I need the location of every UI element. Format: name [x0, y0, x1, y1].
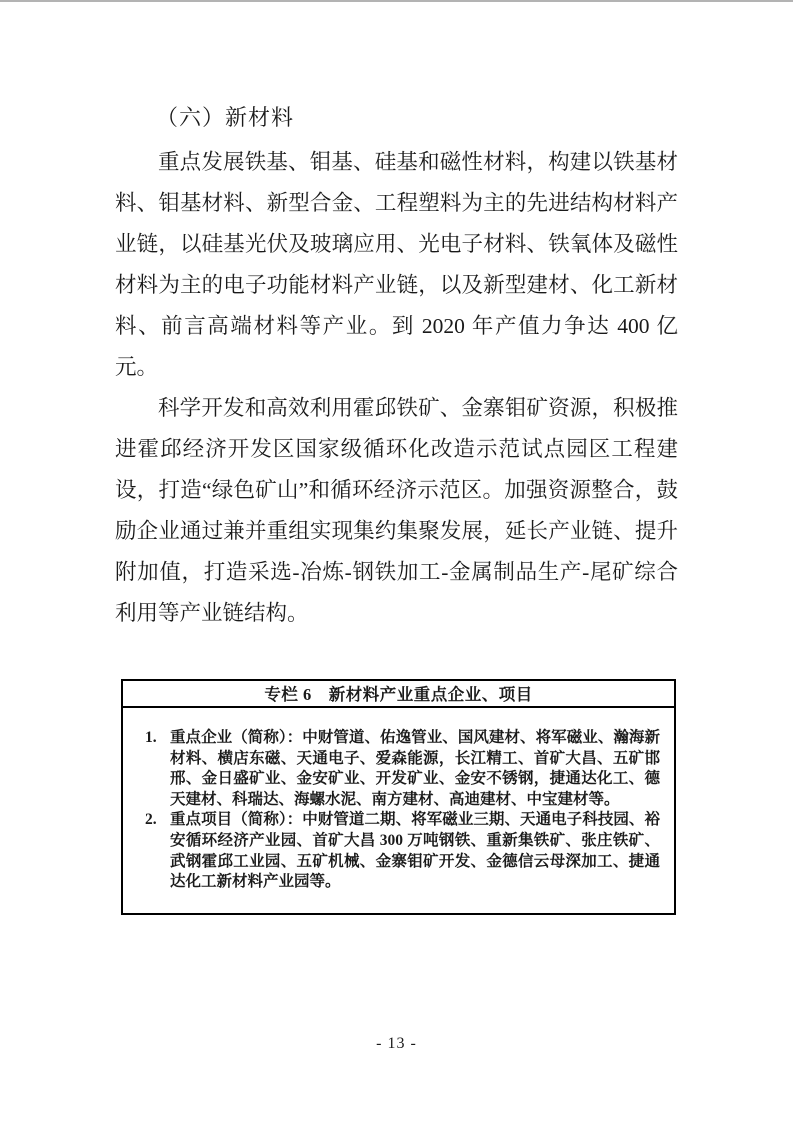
section-heading: （六）新材料 — [115, 97, 678, 138]
list-item-number: 2. — [145, 810, 157, 831]
list-item: 1. 重点企业（简称）：中财管道、佑逸管业、国风建材、将军磁业、瀚海新材料、横店… — [143, 728, 660, 810]
list-item-text: 重点项目（简称）：中财管道二期、将军磁业三期、天通电子科技园、裕安循环经济产业园… — [170, 811, 660, 890]
list-item-text: 重点企业（简称）：中财管道、佑逸管业、国风建材、将军磁业、瀚海新材料、横店东磁、… — [170, 729, 660, 808]
page-content: （六）新材料 重点发展铁基、钼基、硅基和磁性材料，构建以铁基材料、钼基材料、新型… — [115, 2, 678, 915]
list-item-number: 1. — [145, 728, 157, 749]
list-item: 2. 重点项目（简称）：中财管道二期、将军磁业三期、天通电子科技园、裕安循环经济… — [143, 810, 660, 892]
page-number: - 13 - — [0, 1033, 793, 1055]
highlight-box-title: 专栏 6 新材料产业重点企业、项目 — [123, 681, 674, 708]
highlight-box-list: 1. 重点企业（简称）：中财管道、佑逸管业、国风建材、将军磁业、瀚海新材料、横店… — [143, 728, 660, 893]
paragraph-mining-resources: 科学开发和高效利用霍邱铁矿、金寨钼矿资源，积极推进霍邱经济开发区国家级循环化改造… — [115, 388, 678, 634]
paragraph-materials-overview: 重点发展铁基、钼基、硅基和磁性材料，构建以铁基材料、钼基材料、新型合金、工程塑料… — [115, 142, 678, 388]
document-page: （六）新材料 重点发展铁基、钼基、硅基和磁性材料，构建以铁基材料、钼基材料、新型… — [0, 0, 793, 1122]
highlight-box-body: 1. 重点企业（简称）：中财管道、佑逸管业、国风建材、将军磁业、瀚海新材料、横店… — [123, 708, 674, 913]
highlight-box: 专栏 6 新材料产业重点企业、项目 1. 重点企业（简称）：中财管道、佑逸管业、… — [121, 679, 676, 915]
